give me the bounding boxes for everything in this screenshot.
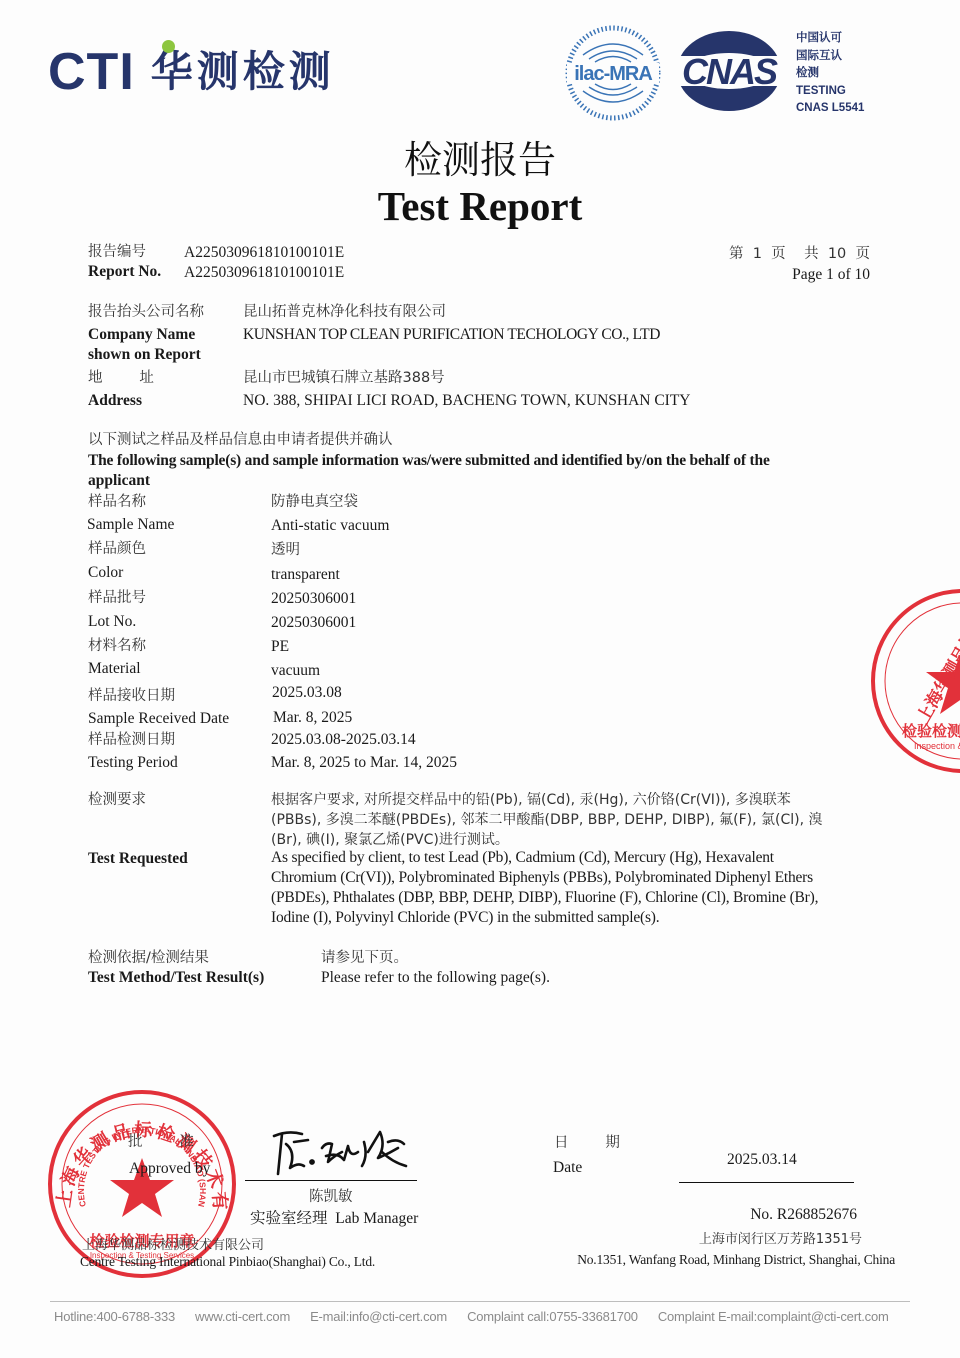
test-method-value-cn: 请参见下页。 xyxy=(321,948,408,968)
cnas-line: 国际互认 xyxy=(796,48,864,66)
color-value-cn: 透明 xyxy=(271,540,300,560)
sample-intro-en-2: applicant xyxy=(88,471,150,491)
svg-text:上海华测品标检测技术有限公司: 上海华测品标检测技术有限公司 xyxy=(913,586,960,726)
address-label-cn: 地 址 xyxy=(88,368,154,388)
test-method-label-cn: 检测依据/检测结果 xyxy=(88,948,209,968)
lot-label-cn: 样品批号 xyxy=(88,588,146,608)
lot-label-en: Lot No. xyxy=(88,612,136,632)
date-label-cn: 日 期 xyxy=(554,1133,620,1153)
serial-number: No. R268852676 xyxy=(750,1205,857,1225)
test-requested-label-cn: 检测要求 xyxy=(88,790,146,810)
test-requested-en-line: Chromium (Cr(VI)), Polybrominated Biphen… xyxy=(271,868,891,888)
test-requested-label-en: Test Requested xyxy=(88,849,188,869)
signatory-name: 陈凯敏 xyxy=(309,1187,353,1207)
page-title-cn: 检测报告 xyxy=(0,136,960,184)
sample-intro-cn: 以下测试之样品及样品信息由申请者提供并确认 xyxy=(88,430,393,450)
svg-text:CNAS: CNAS xyxy=(682,51,778,92)
test-requested-cn-line: 根据客户要求, 对所提交样品中的铅(Pb), 镉(Cd), 汞(Hg), 六价铬… xyxy=(271,790,891,810)
svg-text:ilac-MRA: ilac-MRA xyxy=(574,63,652,85)
page-title-en: Test Report xyxy=(0,182,960,230)
received-date-value-cn: 2025.03.08 xyxy=(272,683,342,703)
test-method-label-en: Test Method/Test Result(s) xyxy=(88,968,264,988)
received-date-label-en: Sample Received Date xyxy=(88,709,229,729)
date-line xyxy=(679,1182,854,1183)
footer-contact-bar: Hotline:400-6788-333 www.cti-cert.com E-… xyxy=(54,1309,889,1324)
footer-email-link[interactable]: E-mail:info@cti-cert.com xyxy=(310,1309,447,1324)
lot-value-en: 20250306001 xyxy=(271,613,356,633)
company-label-cn: 报告抬头公司名称 xyxy=(88,302,204,322)
cnas-line: 中国认可 xyxy=(796,30,864,48)
address-label-en: Address xyxy=(88,391,142,411)
cnas-line: 检测 xyxy=(796,65,864,83)
sample-name-label-en: Sample Name xyxy=(87,515,174,535)
test-requested-value-en: As specified by client, to test Lead (Pb… xyxy=(271,848,891,928)
approved-by-label-en: Approved by xyxy=(129,1159,210,1179)
signature-image xyxy=(268,1122,413,1180)
material-label-en: Material xyxy=(88,659,141,679)
report-no-label-cn: 报告编号 xyxy=(88,242,146,262)
footer-divider xyxy=(50,1301,910,1302)
cnas-logo-icon: CNAS xyxy=(676,30,782,112)
lab-address-cn: 上海市闵行区万芳路1351号 xyxy=(699,1230,862,1250)
company-label-en: Company Name xyxy=(88,325,195,345)
lab-address-en: No.1351, Wanfang Road, Minhang District,… xyxy=(577,1250,895,1270)
test-requested-value-cn: 根据客户要求, 对所提交样品中的铅(Pb), 镉(Cd), 汞(Hg), 六价铬… xyxy=(271,790,891,850)
cti-logo-latin: CTI xyxy=(48,44,135,100)
test-requested-en-line: (PBDEs), Phthalates (DBP, BBP, DEHP, DIB… xyxy=(271,888,891,908)
cti-logo: CTI 华测检测 xyxy=(48,44,335,100)
color-label-cn: 样品颜色 xyxy=(88,539,146,559)
color-label-en: Color xyxy=(88,563,123,583)
footer-complaint-call: Complaint call:0755-33681700 xyxy=(467,1309,638,1324)
page-indicator-cn: 第 1 页 共 10 页 xyxy=(729,244,870,264)
address-value-en: NO. 388, SHIPAI LICI ROAD, BACHENG TOWN,… xyxy=(243,391,691,411)
footer-complaint-email-link[interactable]: Complaint E-mail:complaint@cti-cert.com xyxy=(658,1309,889,1324)
sample-name-label-cn: 样品名称 xyxy=(88,492,146,512)
address-value-cn: 昆山市巴城镇石牌立基路388号 xyxy=(243,368,445,388)
test-requested-cn-line: (Br), 碘(I), 聚氯乙烯(PVC)进行测试。 xyxy=(271,830,891,850)
test-requested-en-line: Iodine (I), Polyvinyl Chloride (PVC) in … xyxy=(271,908,891,928)
lab-company-en: Centre Testing International Pinbiao(Sha… xyxy=(80,1252,375,1272)
material-label-cn: 材料名称 xyxy=(88,636,146,656)
official-seal-icon: 检验检测专用章 Inspection & Testing Services 上海… xyxy=(868,586,960,776)
material-value-cn: PE xyxy=(271,637,289,657)
report-no-value-cn: A225030961810100101E xyxy=(184,243,344,263)
cnas-line: CNAS L5541 xyxy=(796,100,864,118)
testing-period-label-cn: 样品检测日期 xyxy=(88,730,175,750)
received-date-label-cn: 样品接收日期 xyxy=(88,686,175,706)
color-value-en: transparent xyxy=(271,565,340,585)
signature-line xyxy=(245,1180,417,1181)
logo-dot-icon xyxy=(162,40,175,53)
signatory-title: 实验室经理 Lab Manager xyxy=(250,1209,418,1229)
testing-period-value-en: Mar. 8, 2025 to Mar. 14, 2025 xyxy=(271,753,457,773)
report-no-label-en: Report No. xyxy=(88,262,161,282)
approved-by-label-cn: 批 准 xyxy=(128,1132,194,1152)
company-label-en-2: shown on Report xyxy=(88,345,201,365)
company-value-en: KUNSHAN TOP CLEAN PURIFICATION TECHOLOGY… xyxy=(243,325,660,345)
date-label-en: Date xyxy=(553,1158,582,1178)
testing-period-value-cn: 2025.03.08-2025.03.14 xyxy=(271,730,416,750)
testing-period-label-en: Testing Period xyxy=(88,753,178,773)
company-value-cn: 昆山拓普克林净化科技有限公司 xyxy=(243,302,446,322)
test-requested-cn-line: (PBBs), 多溴二苯醚(PBDEs), 邻苯二甲酸酯(DBP, BBP, D… xyxy=(271,810,891,830)
page-indicator-en: Page 1 of 10 xyxy=(792,265,870,285)
material-value-en: vacuum xyxy=(271,661,320,681)
sample-name-value-cn: 防静电真空袋 xyxy=(271,492,358,512)
lot-value-cn: 20250306001 xyxy=(271,589,356,609)
sample-name-value-en: Anti-static vacuum xyxy=(271,516,389,536)
test-method-value-en: Please refer to the following page(s). xyxy=(321,968,550,988)
received-date-value-en: Mar. 8, 2025 xyxy=(273,708,352,728)
sample-intro-en: The following sample(s) and sample infor… xyxy=(88,451,770,471)
report-no-value-en: A225030961810100101E xyxy=(184,263,344,283)
date-value: 2025.03.14 xyxy=(727,1150,797,1170)
cnas-accreditation-text: 中国认可 国际互认 检测 TESTING CNAS L5541 xyxy=(796,30,864,118)
ilac-mra-logo-icon: ilac-MRA xyxy=(565,25,661,121)
cti-logo-chinese: 华测检测 xyxy=(151,44,335,100)
footer-website-link[interactable]: www.cti-cert.com xyxy=(195,1309,290,1324)
svg-text:Inspection & Testing Services: Inspection & Testing Services xyxy=(914,741,960,751)
cnas-line: TESTING xyxy=(796,83,864,101)
test-requested-en-line: As specified by client, to test Lead (Pb… xyxy=(271,848,891,868)
footer-hotline: Hotline:400-6788-333 xyxy=(54,1309,175,1324)
